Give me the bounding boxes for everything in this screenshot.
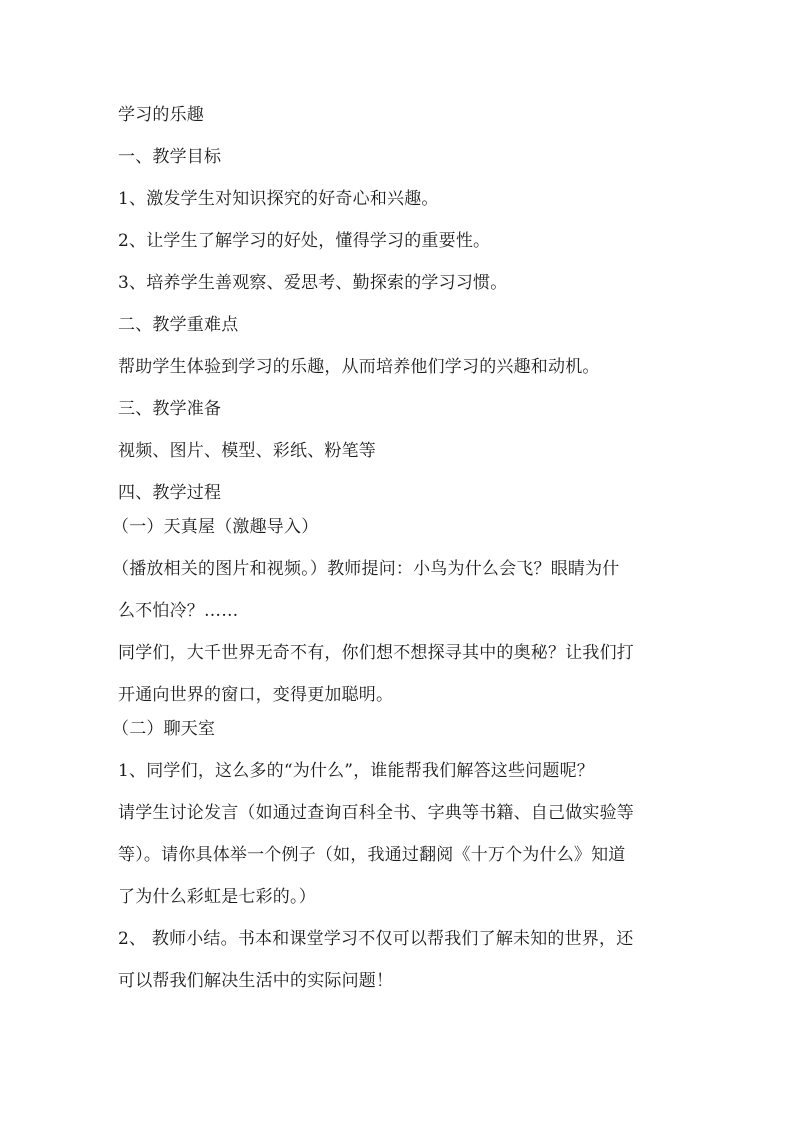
paragraph-line: 可以帮我们解决生活中的实际问题！: [118, 970, 678, 992]
paragraph-line: （播放相关的图片和视频。）教师提问：小鸟为什么会飞？眼睛为什: [112, 558, 672, 580]
paragraph-line: 么不怕冷？……: [118, 600, 678, 622]
objective-item: 2、让学生了解学习的好处，懂得学习的重要性。: [118, 230, 678, 252]
section-heading-key-points: 二、教学重难点: [118, 314, 678, 336]
section-heading-objectives: 一、教学目标: [118, 146, 678, 168]
paragraph-line: 了为什么彩虹是七彩的。）: [118, 886, 678, 908]
paragraph-line: 1、同学们，这么多的“为什么”，谁能帮我们解答这些问题呢？: [118, 760, 678, 782]
preparation-text: 视频、图片、模型、彩纸、粉笔等: [118, 440, 678, 462]
paragraph-line: 等）。请你具体举一个例子（如，我通过翻阅《十万个为什么》知道: [118, 844, 678, 866]
section-heading-preparation: 三、教学准备: [118, 398, 678, 420]
section-heading-process: 四、教学过程: [118, 482, 678, 504]
document-page: 学习的乐趣 一、教学目标 1、激发学生对知识探究的好奇心和兴趣。 2、让学生了解…: [0, 0, 793, 1122]
document-title: 学习的乐趣: [118, 104, 678, 126]
subsection-heading-chatroom: （二）聊天室: [112, 718, 672, 740]
key-points-text: 帮助学生体验到学习的乐趣，从而培养他们学习的兴趣和动机。: [118, 356, 678, 378]
paragraph-line: 2、 教师小结。书本和课堂学习不仅可以帮我们了解未知的世界，还: [118, 928, 678, 950]
subsection-heading-intro: （一）天真屋（激趣导入）: [112, 516, 672, 538]
objective-item: 3、培养学生善观察、爱思考、勤探索的学习习惯。: [118, 272, 678, 294]
paragraph-line: 同学们，大千世界无奇不有，你们想不想探寻其中的奥秘？让我们打: [118, 642, 678, 664]
paragraph-line: 请学生讨论发言（如通过查询百科全书、字典等书籍、自己做实验等: [118, 802, 678, 824]
objective-item: 1、激发学生对知识探究的好奇心和兴趣。: [118, 188, 678, 210]
paragraph-line: 开通向世界的窗口，变得更加聪明。: [118, 684, 678, 706]
